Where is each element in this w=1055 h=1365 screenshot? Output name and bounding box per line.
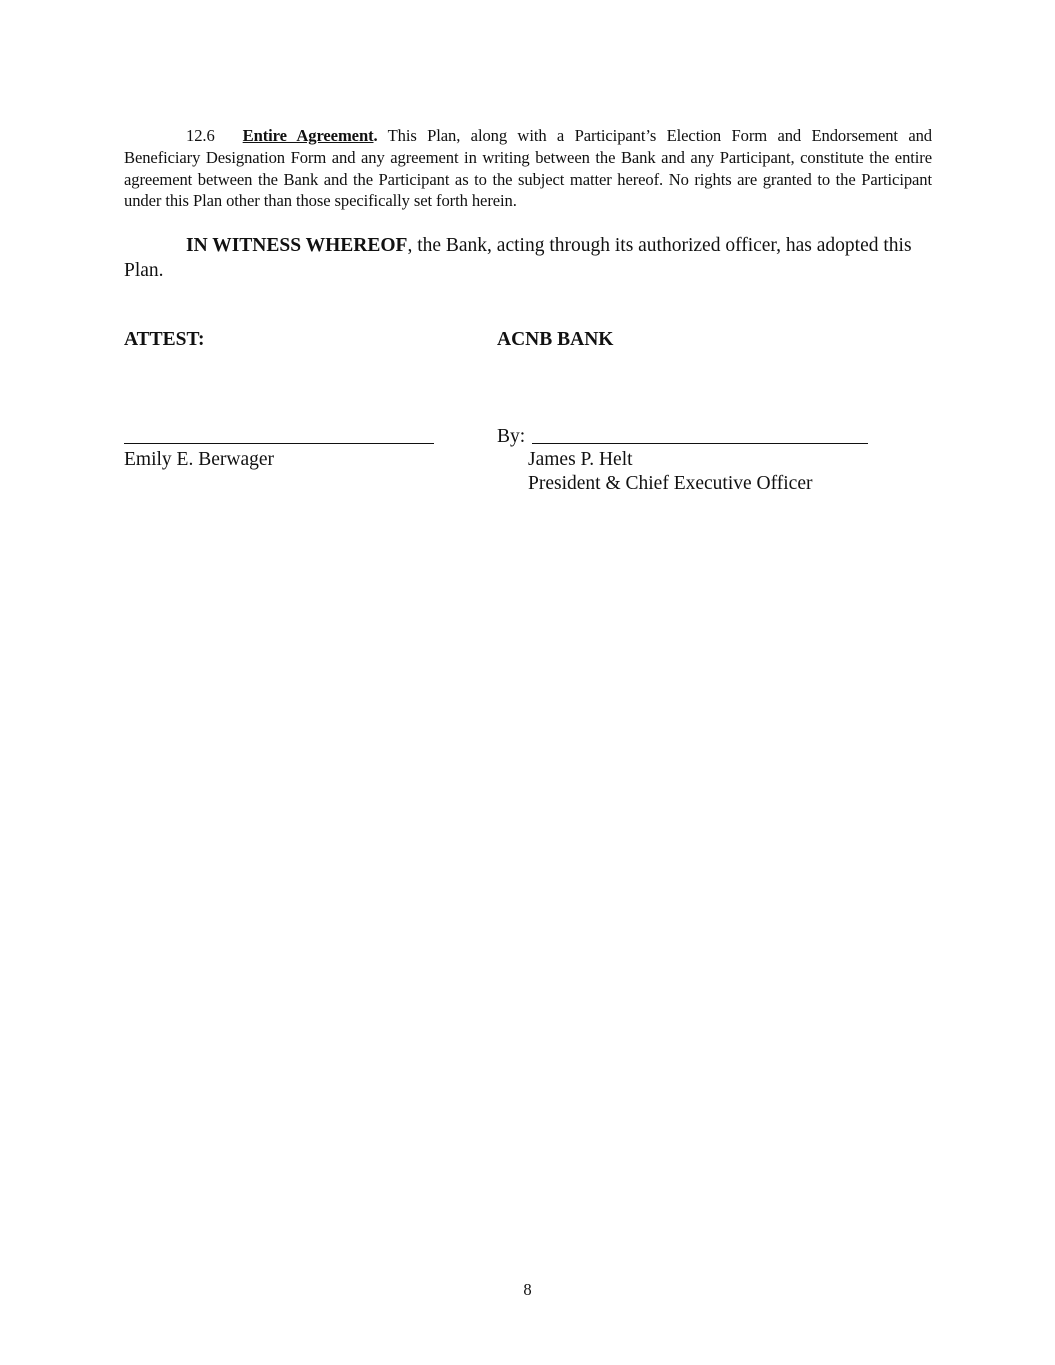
attest-name: Emily E. Berwager xyxy=(124,448,274,472)
attest-signature-line[interactable] xyxy=(124,443,434,444)
officer-signature-line[interactable] xyxy=(532,443,868,444)
officer-name: James P. Helt xyxy=(528,448,633,472)
witness-paragraph: IN WITNESS WHEREOF, the Bank, acting thr… xyxy=(124,233,932,283)
by-label: By: xyxy=(497,425,525,449)
attest-label: ATTEST: xyxy=(124,329,205,351)
bank-label: ACNB BANK xyxy=(497,329,613,351)
section-12-6-paragraph: 12.6Entire Agreement. This Plan, along w… xyxy=(124,125,932,212)
section-number: 12.6 xyxy=(124,125,215,147)
page-number: 8 xyxy=(0,1280,1055,1300)
witness-lead: IN WITNESS WHEREOF xyxy=(124,235,407,256)
officer-title: President & Chief Executive Officer xyxy=(528,472,812,496)
section-heading: Entire Agreement xyxy=(243,126,374,145)
